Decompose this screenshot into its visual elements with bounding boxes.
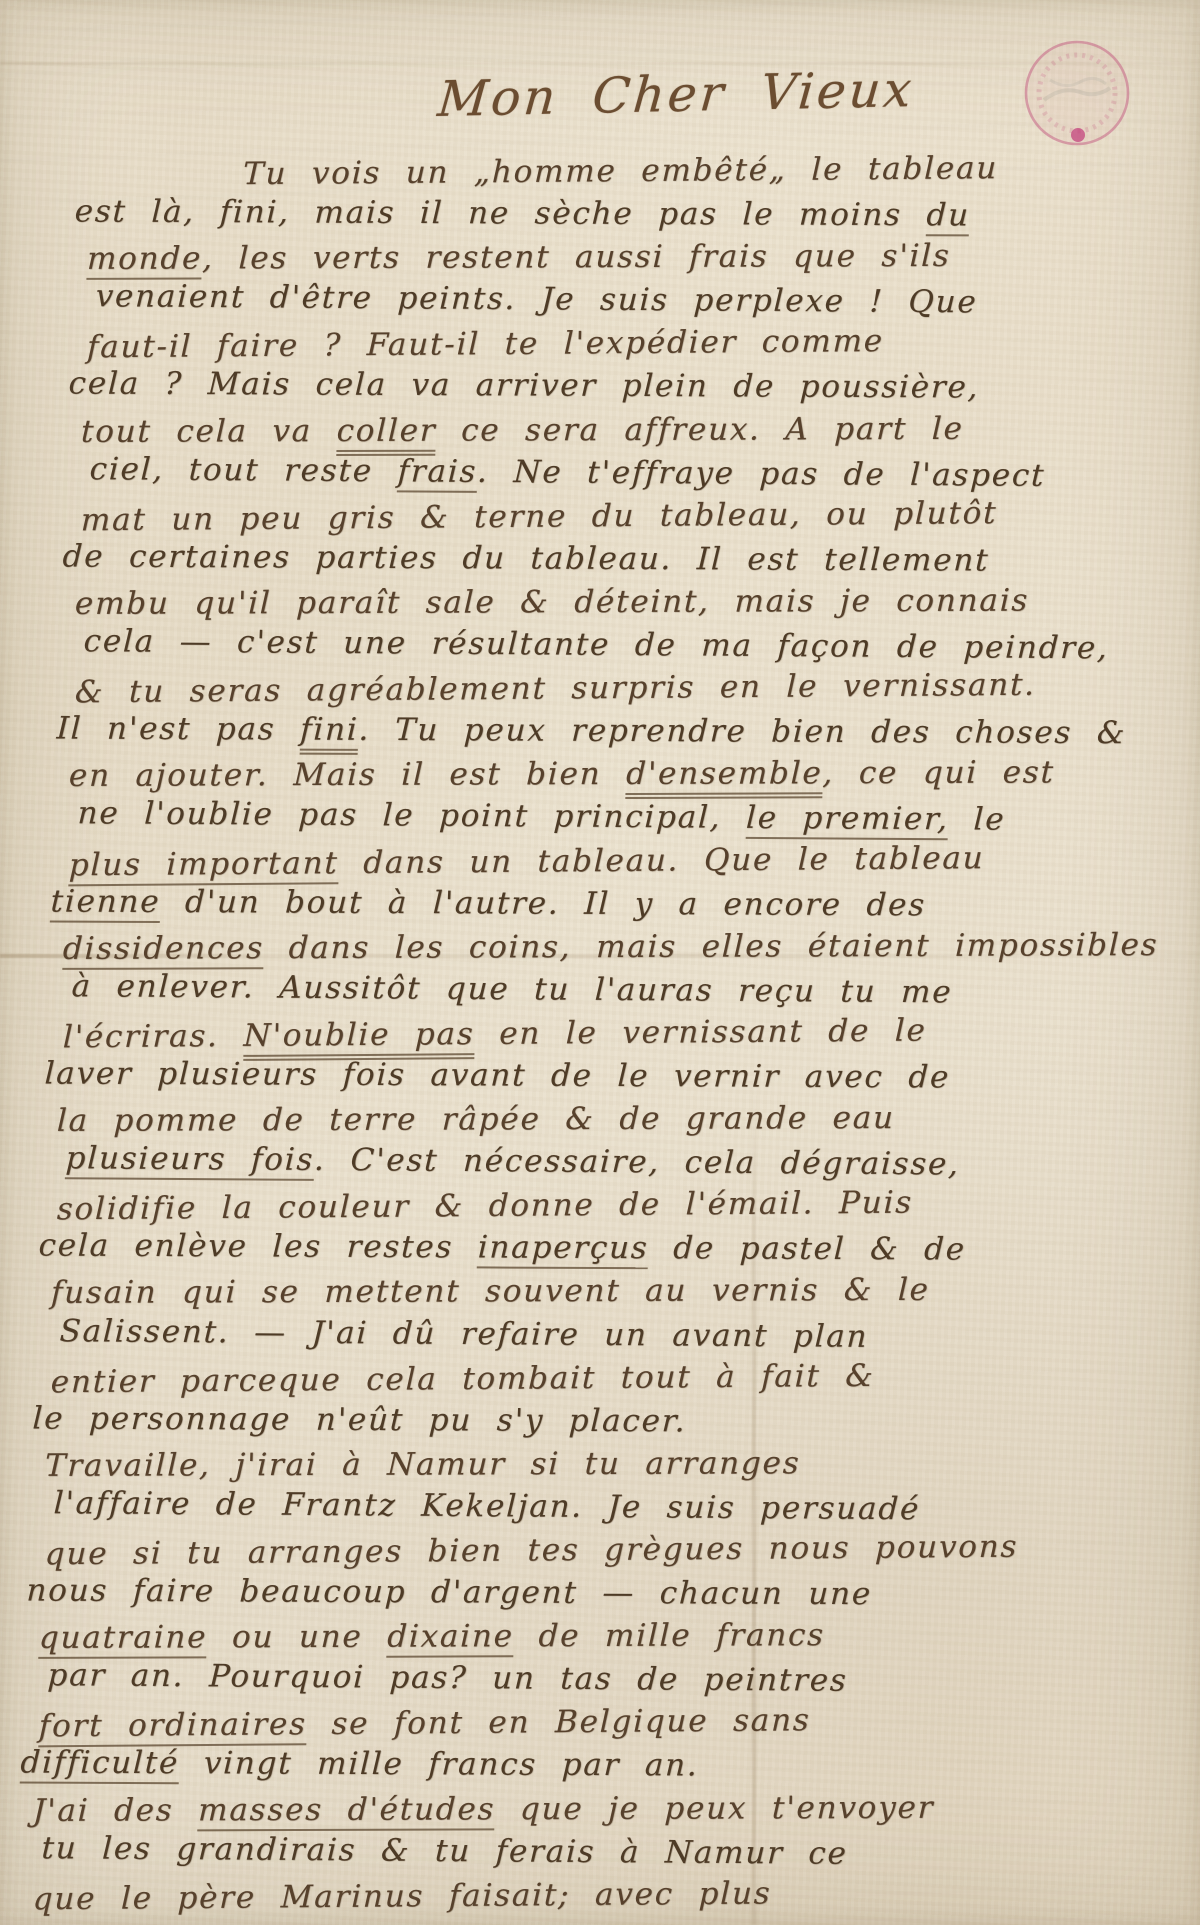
text: en ajouter. Mais il est bien [68,756,626,794]
text: cela ? Mais cela va arriver plein de pou… [68,366,980,406]
text: faut-il faire ? Faut-il te l'expédier co… [86,323,884,365]
text: que si tu arranges bien tes grègues nous… [44,1529,1018,1573]
text: embu qu'il paraît sale & déteint, mais j… [74,583,1029,622]
text: ciel, tout reste [89,451,398,489]
letter-line: Il n'est pas fini. Tu peux reprendre bie… [56,708,1172,756]
underlined-text: masses d'études [198,1791,496,1831]
text: solidifie la couleur & donne de l'émail.… [56,1185,913,1228]
letter-line: cela ? Mais cela va arriver plein de pou… [68,363,1184,411]
paper-crease-top [0,62,1200,65]
underlined-text: dixaine [387,1618,515,1657]
text: de certaines parties du tableau. Il est … [62,538,990,578]
letter-line: mat un peu gris & terne du tableau, ou p… [80,490,1195,542]
text: ne l'oublie pas le point principal, [77,796,747,837]
letter-line: entier parceque cela tombait tout à fait… [50,1352,1165,1404]
letter-line: le personnage n'eût pu s'y placer. [32,1397,1148,1445]
text: que le père Marinus faisait; avec plus [32,1875,772,1917]
underlined-text: le premier, [745,800,949,840]
text: venaient d'être peints. Je suis perplexe… [95,278,978,320]
letter-line: est là, fini, mais il ne sèche pas le mo… [74,191,1190,239]
text: de pastel & de [648,1231,967,1268]
text: entier parceque cela tombait tout à fait… [50,1357,875,1399]
underlined-text: du [926,197,971,236]
letter-line: la pomme de terre râpée & de grande eau [56,1096,1171,1143]
text: Salissent. — J'ai dû refaire un avant pl… [59,1313,869,1355]
round-collection-stamp-icon [1014,30,1142,158]
letter-line: difficulté vingt mille francs par an. [20,1742,1136,1790]
letter-line: tout cela va coller ce sera affreux. A p… [80,407,1195,454]
underlined-text: tienne [50,883,161,922]
letter-line: en ajouter. Mais il est bien d'ensemble,… [68,751,1183,798]
text: le [948,802,1006,838]
letter-line: laver plusieurs fois avant de le vernir … [44,1052,1160,1100]
text: . Tu peux reprendre bien des choses & [358,712,1127,751]
text: . Ne t'effraye pas de l'aspect [476,454,1046,494]
underlined-text: quatraine [38,1620,208,1660]
underlined-text: dissidences [62,930,264,970]
letter-line: de certaines parties du tableau. Il est … [62,535,1178,583]
text: dans les coins, mais elles étaient impos… [263,927,1159,966]
text: la pomme de terre râpée & de grande eau [56,1100,895,1139]
text: . C'est nécessaire, cela dégraisse, [313,1142,960,1183]
letter-line: que le père Marinus faisait; avec plus [32,1869,1147,1921]
text: & tu seras agréablement surpris en le ve… [74,667,1036,711]
text: fusain qui se mettent souvent au vernis … [50,1272,930,1311]
text: se font en Belgique sans [306,1703,811,1743]
text: , ce qui est [822,755,1055,792]
underlined-text: plusieurs fois [65,1140,315,1181]
page: { "colors": { "paper": "#ebe2cf", "ink":… [0,0,1200,1925]
letter-line: nous faire beaucoup d'argent — chacun un… [26,1570,1142,1618]
letter-line: tienne d'un bout à l'autre. Il y a encor… [50,880,1166,928]
letter-line: solidifie la couleur & donne de l'émail.… [56,1180,1171,1232]
letter-line: embu qu'il paraît sale & déteint, mais j… [74,579,1189,626]
text: dans un tableau. Que le tableau [338,840,985,881]
letter-line: Tu vois un „homme embêté„ le tableau [92,146,1200,198]
text: ce sera affreux. A part le [436,410,964,448]
underlined-text: inaperçus [477,1230,649,1270]
letter-line: plus important dans un tableau. Que le t… [68,835,1183,887]
underlined-text: difficulté [20,1745,180,1785]
text: tu les grandirais & tu ferais à Namur ce [41,1830,849,1872]
text: de mille francs [513,1617,825,1654]
underlined-text: monde [86,241,202,280]
text: vingt mille francs par an. [178,1746,699,1784]
underlined-text: frais [397,453,478,493]
underlined-text: plus important [68,845,339,886]
text: d'un bout à l'autre. Il y a encore des [160,884,927,923]
letter-line: cela enlève les restes inaperçus de past… [38,1225,1154,1273]
text: par an. Pourquoi pas? un tas de peintres [47,1657,849,1699]
text: est là, fini, mais il ne sèche pas le mo… [74,194,927,234]
underlined-text: d'ensemble [625,756,823,800]
letter-line: que si tu arranges bien tes grègues nous… [44,1525,1159,1577]
text: , les verts restent aussi frais que s'il… [202,238,951,277]
letter-line: J'ai des masses d'études que je peux t'e… [32,1786,1147,1833]
text: le personnage n'eût pu s'y placer. [32,1400,687,1439]
letter-salutation: Mon Cher Vieux [436,61,917,128]
text: Travaille, j'irai à Namur si tu arranges [44,1445,801,1484]
letter-body: Tu vois un „homme embêté„ le tableauest … [27,150,1200,1917]
text: ou une [207,1619,388,1656]
letter-line: Travaille, j'irai à Namur si tu arranges [44,1441,1159,1488]
letter-line: fusain qui se mettent souvent au vernis … [50,1268,1165,1315]
text: que je peux t'envoyer [495,1789,935,1827]
letter-line: monde, les verts restent aussi frais que… [86,234,1200,281]
underlined-text: fini [299,712,359,755]
text: laver plusieurs fois avant de le vernir … [44,1055,951,1095]
letter-line: dissidences dans les coins, mais elles é… [62,924,1177,971]
text: à enlever. Aussitôt que tu l'auras reçu … [71,968,953,1010]
letter-line: fort ordinaires se font en Belgique sans [38,1697,1153,1749]
text: J'ai des [32,1792,199,1829]
letter-line: & tu seras agréablement surpris en le ve… [74,663,1189,715]
text: cela enlève les restes [38,1228,479,1266]
letter-line: faut-il faire ? Faut-il te l'expédier co… [86,318,1200,370]
text: l'affaire de Frantz Kekeljan. Je suis pe… [53,1485,921,1527]
text: en le vernissant de le [474,1012,927,1052]
letter-line: l'écriras. N'oublie pas en le vernissant… [62,1007,1177,1059]
text: Tu vois un „homme embêté„ le tableau [243,150,999,192]
text: cela — c'est une résultante de ma façon … [83,623,1109,666]
text: Il n'est pas [56,711,301,748]
text: tout cela va [80,413,337,450]
letter-line: quatraine ou une dixaine de mille francs [38,1613,1153,1660]
text: mat un peu gris & terne du tableau, ou p… [80,495,997,538]
text: l'écriras. [62,1018,244,1055]
letter-paper: Mon Cher Vieux Tu vois un „homme embêté„… [0,0,1200,1925]
text: nous faire beaucoup d'argent — chacun un… [26,1573,873,1613]
